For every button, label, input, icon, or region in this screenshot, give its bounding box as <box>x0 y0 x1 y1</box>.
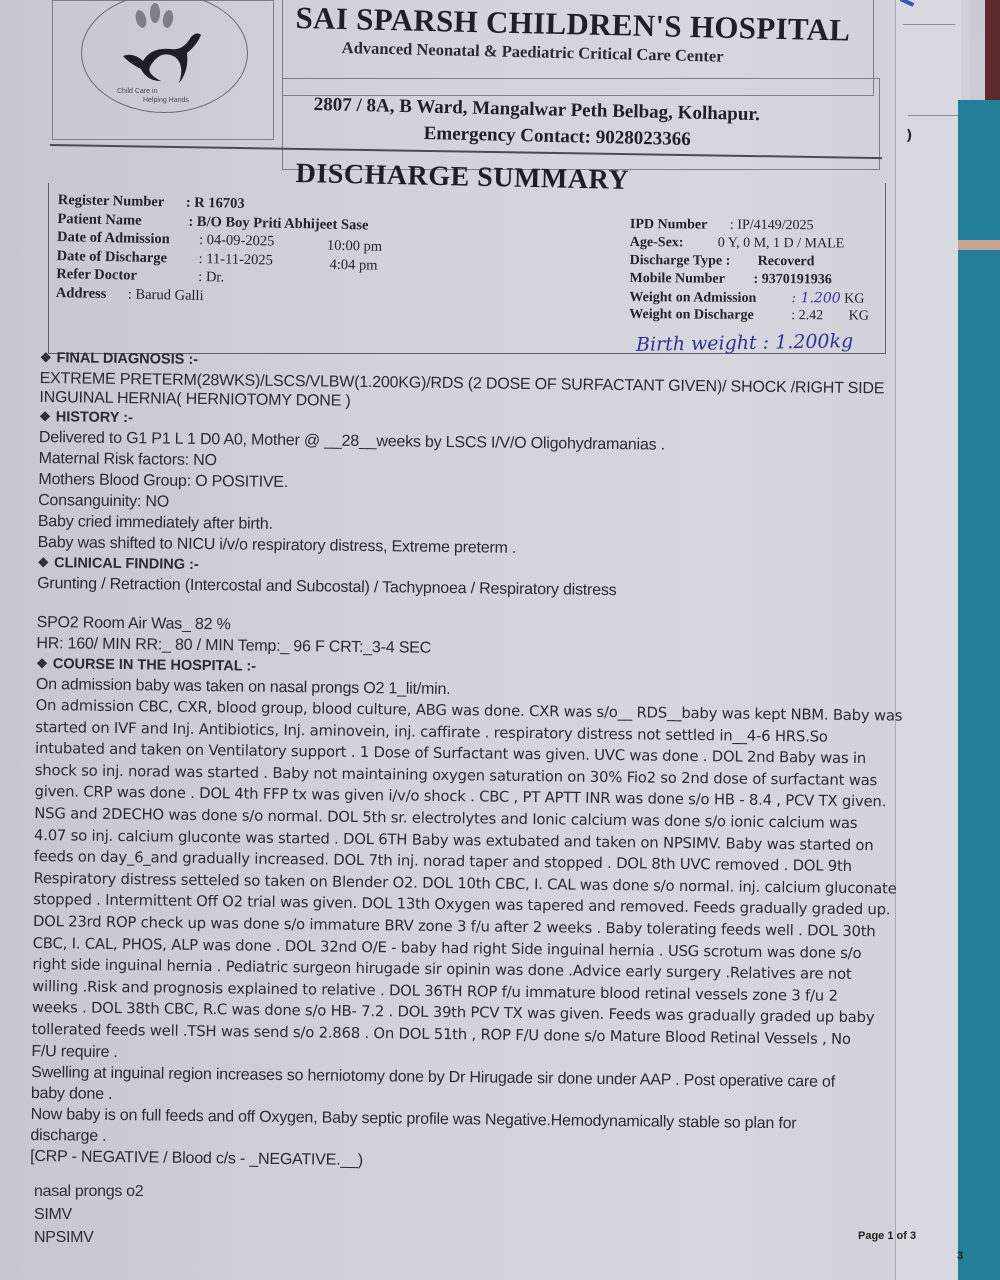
handwritten-birth-weight: Birth weight : 1.200kg <box>636 330 854 356</box>
list-item: SIMV <box>34 1206 143 1229</box>
diamond-bullet-icon: ❖ <box>36 656 48 671</box>
teal-folder-tab <box>958 100 1000 1280</box>
weight-admission-row: Weight on Admission: 1.200 KG <box>629 289 869 309</box>
age-sex: 0 Y, 0 M, 1 D / MALE <box>718 236 845 252</box>
patient-address: : Barud Galli <box>128 286 204 304</box>
weight-discharge: : 2.42 <box>791 308 823 323</box>
patient-info-left: Register Number: R 16703 Patient Name: B… <box>56 192 369 309</box>
ipd-row: IPD Number: IP/4149/2025 <box>630 217 870 237</box>
edge-rule <box>903 24 955 25</box>
refer-doctor: : Dr. <box>198 269 224 286</box>
list-item: nasal prongs o2 <box>34 1183 143 1206</box>
list-item: NPSIMV <box>34 1229 143 1252</box>
clinical-finding-text: Grunting / Retraction (Intercostal and S… <box>36 573 937 665</box>
edge-paren: ) <box>906 128 912 144</box>
admission-date: : 04-09-2025 <box>199 232 275 250</box>
background-surface <box>985 0 1000 100</box>
logo-caption: Child Care in Helping Hands <box>117 87 207 105</box>
patient-info-right: IPD Number: IP/4149/2025 Age-Sex:0 Y, 0 … <box>629 217 869 327</box>
diamond-bullet-icon: ❖ <box>40 350 52 365</box>
page-indicator: Page 1 of 3 <box>858 1230 916 1242</box>
age-sex-row: Age-Sex:0 Y, 0 M, 1 D / MALE <box>630 235 870 255</box>
history-text: Delivered to G1 P1 L 1 D0 A0, Mother @ _… <box>37 427 938 564</box>
course-text: On admission baby was taken on nasal pro… <box>30 674 936 1177</box>
respiratory-support-list: nasal prongs o2 SIMV NPSIMV <box>34 1183 143 1252</box>
logo-box: Child Care in Helping Hands <box>52 0 274 140</box>
patient-name: : B/O Boy Priti Abhijeet Sase <box>188 213 368 233</box>
weight-discharge-row: Weight on Discharge: 2.42 KG <box>629 307 869 327</box>
register-number: : R 16703 <box>186 195 245 212</box>
mobile-number: : 9370191936 <box>754 272 832 288</box>
summary-body: ❖FINAL DIAGNOSIS :- EXTREME PRETERM(28WK… <box>30 348 940 1177</box>
discharge-type: Recoverd <box>758 254 815 269</box>
handprint-icon <box>103 1 233 91</box>
diamond-bullet-icon: ❖ <box>39 409 51 424</box>
edge-rule <box>908 115 958 116</box>
weight-admission: : 1.200 <box>791 290 840 306</box>
diamond-bullet-icon: ❖ <box>37 555 49 570</box>
ipd-number: : IP/4149/2025 <box>730 218 814 234</box>
discharge-type-row: Discharge Type :Recoverd <box>630 253 870 273</box>
edge-page-number: 3 <box>957 1250 963 1262</box>
discharge-date: : 11-11-2025 <box>198 250 273 268</box>
mobile-row: Mobile Number: 9370191936 <box>629 271 869 291</box>
